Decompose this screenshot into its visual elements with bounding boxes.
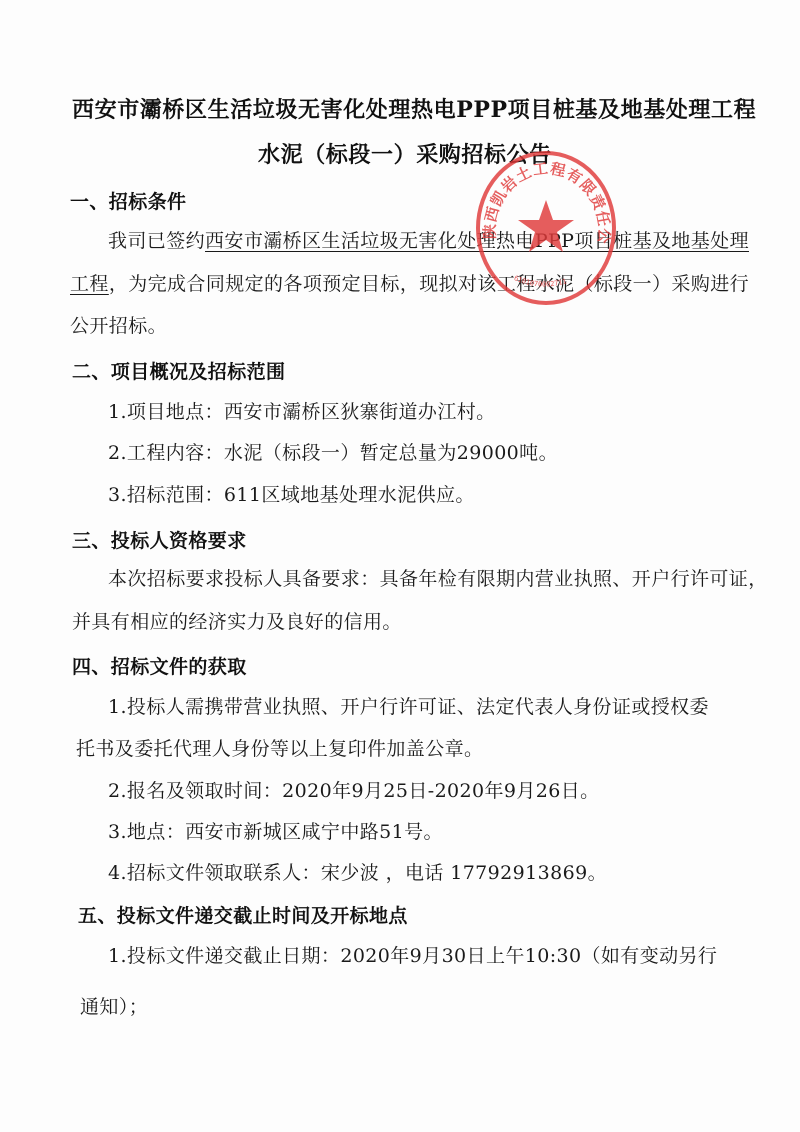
- submission-deadline-line-1: 1.投标文件递交截止日期：2020年9月30日上午10:30（如有变动另行: [108, 944, 717, 968]
- contract-project-name-end: 工程: [70, 273, 109, 295]
- section-heading-2: 二、项目概况及招标范围: [72, 360, 285, 384]
- contact-person: 4.招标文件领取联系人：宋少波 ，电话 17792913869。: [108, 861, 607, 885]
- bidder-requirements-line-2: 并具有相应的经济实力及良好的信用。: [72, 610, 402, 634]
- project-content: 2.工程内容：水泥（标段一）暂定总量为29000吨。: [108, 441, 558, 465]
- registration-period: 2.报名及领取时间：2020年9月25日-2020年9月26日。: [108, 779, 600, 803]
- contract-project-name: 西安市灞桥区生活垃圾无害化处理热电PPP项目桩基及地基处理: [205, 230, 749, 252]
- section-1-paragraph-line-1: 我司已签约西安市灞桥区生活垃圾无害化处理热电PPP项目桩基及地基处理: [108, 229, 749, 253]
- required-documents-line-1: 1.投标人需携带营业执照、开户行许可证、法定代表人身份证或授权委: [108, 695, 709, 719]
- document-title-line-2: 水泥（标段一）采购招标公告: [258, 143, 552, 167]
- submission-deadline-line-2: 通知）；: [80, 995, 148, 1019]
- registration-address: 3.地点：西安市新城区咸宁中路51号。: [108, 820, 443, 844]
- section-1-line-1-prefix: 我司已签约: [108, 230, 205, 252]
- section-heading-3: 三、投标人资格要求: [72, 529, 247, 553]
- section-1-paragraph-line-3: 公开招标。: [70, 314, 167, 338]
- bid-scope: 3.招标范围：611区域地基处理水泥供应。: [108, 483, 475, 507]
- section-1-line-2-suffix: ，为完成合同规定的各项预定目标，现拟对该工程水泥（标段一）采购进行: [109, 273, 749, 295]
- bidder-requirements-line-1: 本次招标要求投标人具备要求：具备年检有限期内营业执照、开户行许可证，: [108, 567, 768, 591]
- section-1-paragraph-line-2: 工程，为完成合同规定的各项预定目标，现拟对该工程水泥（标段一）采购进行: [70, 272, 749, 296]
- section-heading-5: 五、投标文件递交截止时间及开标地点: [78, 904, 408, 928]
- required-documents-line-2: 托书及委托代理人身份等以上复印件加盖公章。: [76, 737, 483, 761]
- section-heading-4: 四、招标文件的获取: [72, 655, 247, 679]
- section-heading-1: 一、招标条件: [70, 190, 186, 214]
- document-title-line-1: 西安市灞桥区生活垃圾无害化处理热电PPP项目桩基及地基处理工程: [72, 98, 756, 122]
- project-location: 1.项目地点：西安市灞桥区狄寨街道办江村。: [108, 400, 496, 424]
- scanned-document-page: 西安市灞桥区生活垃圾无害化处理热电PPP项目桩基及地基处理工程 水泥（标段一）采…: [0, 0, 800, 1132]
